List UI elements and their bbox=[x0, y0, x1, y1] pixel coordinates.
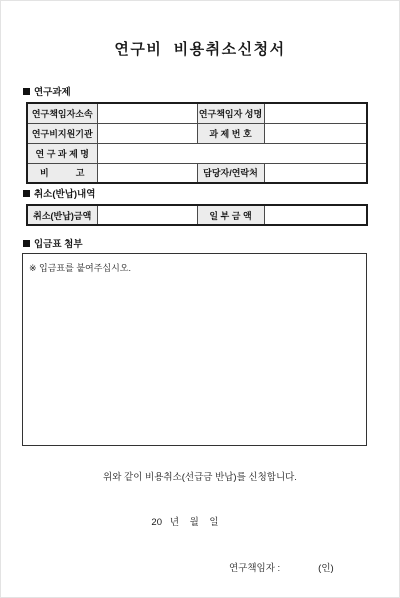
application-form-document: 연구비 비용취소신청서 연구과제 연구책임자소속 연구책임자 성명 연구비지원기… bbox=[0, 0, 400, 598]
value-project-number bbox=[264, 123, 367, 143]
square-bullet-icon bbox=[23, 240, 30, 247]
square-bullet-icon bbox=[23, 88, 30, 95]
table-row: 연구책임자소속 연구책임자 성명 bbox=[27, 103, 367, 123]
label-funding-agency: 연구비지원기관 bbox=[27, 123, 97, 143]
section-heading-label: 입금표 첨부 bbox=[34, 236, 83, 250]
deposit-slip-attachment-box: ※ 입금표를 붙여주십시오. bbox=[22, 253, 367, 446]
table-row: 취소(반납)금액 일 부 금 액 bbox=[27, 205, 367, 225]
attachment-instruction-note: ※ 입금표를 붙여주십시오. bbox=[23, 254, 366, 281]
seal-placeholder: (인) bbox=[318, 560, 334, 574]
document-title: 연구비 비용취소신청서 bbox=[1, 38, 399, 59]
signer-label: 연구책임자 : bbox=[229, 560, 280, 574]
label-project-number: 과 제 번 호 bbox=[197, 123, 264, 143]
section-heading-deposit-slip-attachment: 입금표 첨부 bbox=[23, 236, 83, 250]
table-row: 비 고 담당자/연락처 bbox=[27, 163, 367, 183]
signature-row: 연구책임자 : (인) bbox=[229, 560, 334, 574]
value-partial-amount bbox=[264, 205, 367, 225]
label-contact-person: 담당자/연락처 bbox=[197, 163, 264, 183]
research-project-table: 연구책임자소속 연구책임자 성명 연구비지원기관 과 제 번 호 연 구 과 제… bbox=[26, 102, 368, 184]
label-remarks: 비 고 bbox=[27, 163, 97, 183]
label-cancel-amount: 취소(반납)금액 bbox=[27, 205, 97, 225]
section-heading-cancellation-details: 취소(반납)내역 bbox=[23, 186, 95, 200]
label-project-title: 연 구 과 제 명 bbox=[27, 143, 97, 163]
cancellation-table: 취소(반납)금액 일 부 금 액 bbox=[26, 204, 368, 226]
square-bullet-icon bbox=[23, 190, 30, 197]
value-funding-agency bbox=[97, 123, 197, 143]
table-row: 연구비지원기관 과 제 번 호 bbox=[27, 123, 367, 143]
section-heading-label: 취소(반납)내역 bbox=[34, 186, 95, 200]
label-researcher-affiliation: 연구책임자소속 bbox=[27, 103, 97, 123]
date-line: 20 년 월 일 bbox=[1, 514, 369, 528]
value-remarks bbox=[97, 163, 197, 183]
section-heading-research-project: 연구과제 bbox=[23, 84, 71, 98]
value-contact-person bbox=[264, 163, 367, 183]
value-cancel-amount bbox=[97, 205, 197, 225]
label-partial-amount: 일 부 금 액 bbox=[197, 205, 264, 225]
section-heading-label: 연구과제 bbox=[34, 84, 71, 98]
value-project-title bbox=[97, 143, 367, 163]
label-researcher-name: 연구책임자 성명 bbox=[197, 103, 264, 123]
declaration-statement: 위와 같이 비용취소(선급금 반납)를 신청합니다. bbox=[1, 469, 399, 483]
value-researcher-affiliation bbox=[97, 103, 197, 123]
value-researcher-name bbox=[264, 103, 367, 123]
table-row: 연 구 과 제 명 bbox=[27, 143, 367, 163]
